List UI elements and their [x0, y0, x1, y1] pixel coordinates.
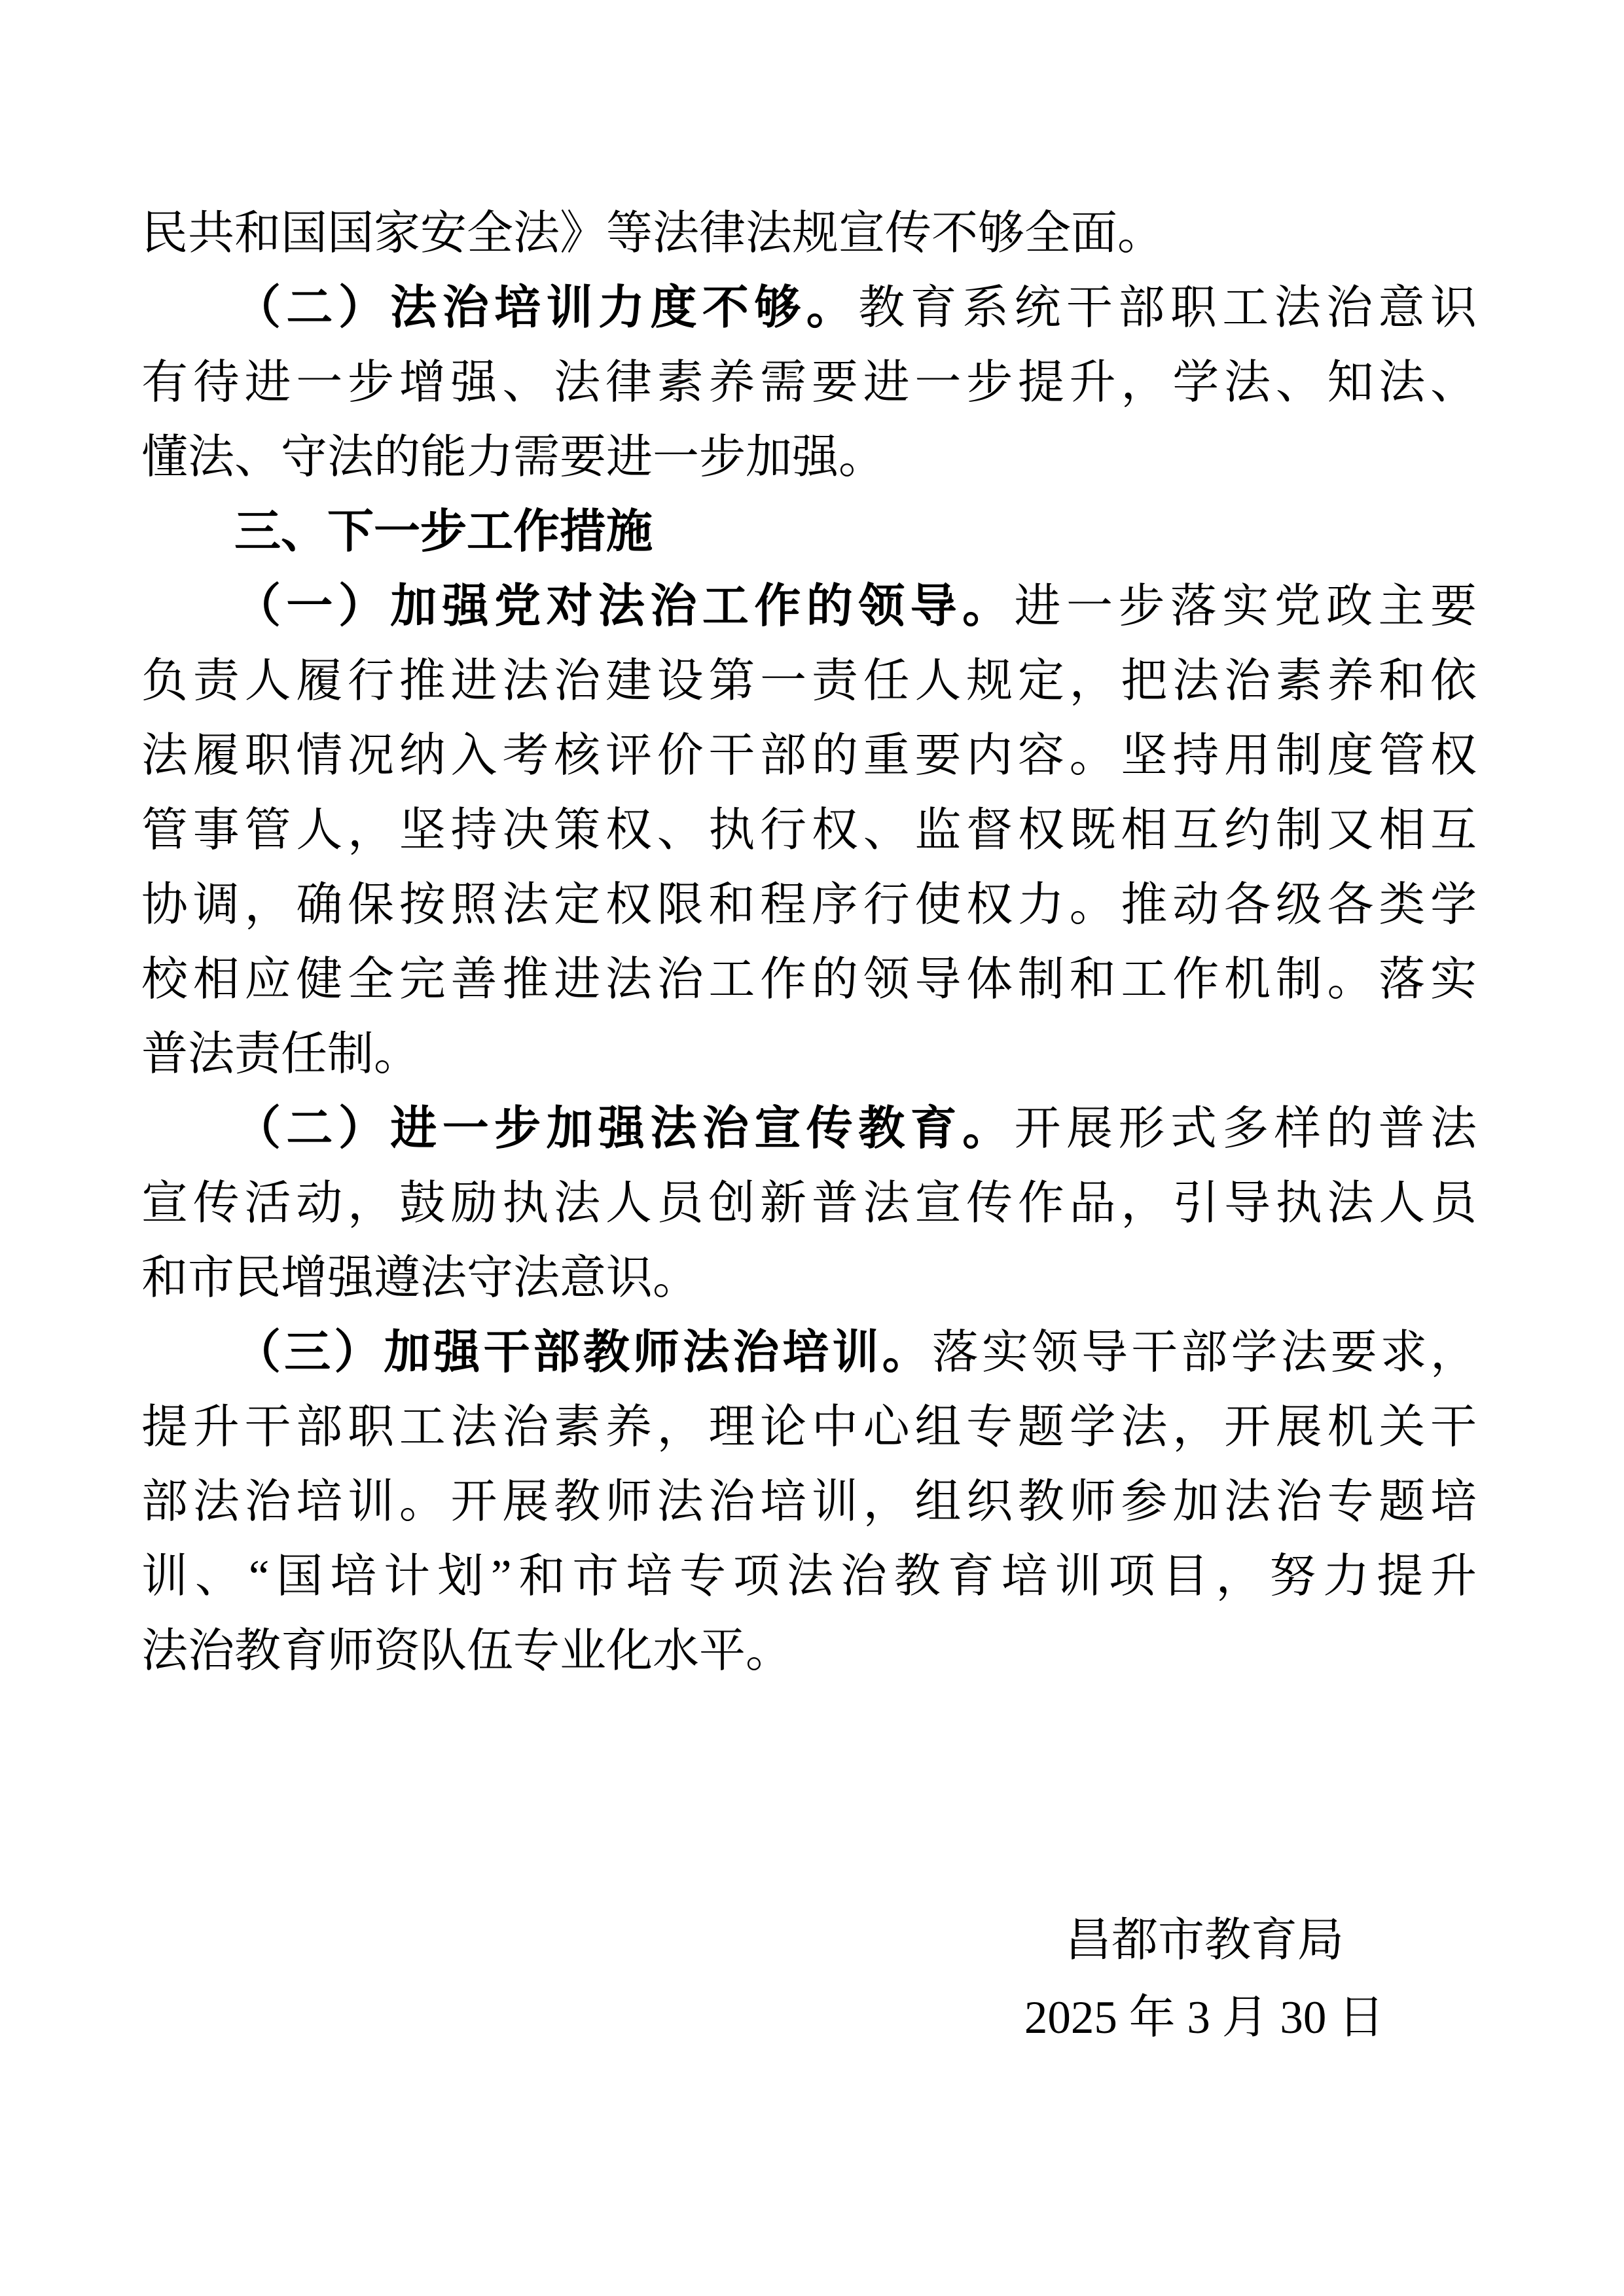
text-run: 宣传活动，鼓励执法人员创新普法宣传作品，引导执法人员	[141, 1178, 1477, 1229]
paragraph-lead: （三）加强干部教师法治培训。	[234, 1327, 932, 1378]
text-run: 负责人履行推进法治建设第一责任人规定，把法治素养和依	[141, 656, 1477, 707]
text-run: 有待进一步增强、法律素养需要进一步提升，学法、知法、	[141, 357, 1477, 408]
text-line: 管事管人，坚持决策权、执行权、监督权既相互约制又相互	[141, 793, 1477, 868]
text-line: 部法治培训。开展教师法治培训，组织教师参加法治专题培	[141, 1465, 1477, 1539]
text-line: 训、“国培计划”和市培专项法治教育培训项目，努力提升	[141, 1539, 1477, 1614]
text-line: （二）法治培训力度不够。教育系统干部职工法治意识	[141, 271, 1477, 346]
text-run: 普法责任制。	[141, 1029, 420, 1080]
text-run: 民共和国国家安全法》等法律法规宣传不够全面。	[141, 208, 1164, 259]
text-run: 教育系统干部职工法治意识	[858, 283, 1477, 334]
paragraph-lead: （二）进一步加强法治宣传教育。	[234, 1103, 1015, 1155]
text-run: 进一步落实党政主要	[1015, 581, 1477, 632]
paragraph-lead: （二）法治培训力度不够。	[234, 283, 858, 334]
text-run: 落实领导干部学法要求，	[932, 1327, 1477, 1378]
text-line: 有待进一步增强、法律素养需要进一步提升，学法、知法、	[141, 346, 1477, 420]
document-body: 民共和国国家安全法》等法律法规宣传不够全面。 （二）法治培训力度不够。教育系统干…	[141, 196, 1477, 1689]
text-line: 宣传活动，鼓励执法人员创新普法宣传作品，引导执法人员	[141, 1166, 1477, 1241]
signature-org: 昌都市教育局	[949, 1902, 1460, 1979]
text-line: （一）加强党对法治工作的领导。进一步落实党政主要	[141, 569, 1477, 644]
text-line: 普法责任制。	[141, 1017, 1477, 1092]
text-line: 懂法、守法的能力需要进一步加强。	[141, 420, 1477, 495]
text-run: 协调，确保按照法定权限和程序行使权力。推动各级各类学	[141, 880, 1477, 931]
text-line: 协调，确保按照法定权限和程序行使权力。推动各级各类学	[141, 868, 1477, 942]
signature-block: 昌都市教育局 2025 年 3 月 30 日	[949, 1902, 1460, 2056]
text-run: 懂法、守法的能力需要进一步加强。	[141, 432, 885, 483]
text-line: 法履职情况纳入考核评价干部的重要内容。坚持用制度管权	[141, 719, 1477, 793]
text-run: 校相应健全完善推进法治工作的领导体制和工作机制。落实	[141, 954, 1477, 1005]
signature-date: 2025 年 3 月 30 日	[949, 1979, 1460, 2056]
text-line: 校相应健全完善推进法治工作的领导体制和工作机制。落实	[141, 942, 1477, 1017]
text-line: 提升干部职工法治素养，理论中心组专题学法，开展机关干	[141, 1390, 1477, 1465]
text-run: 法履职情况纳入考核评价干部的重要内容。坚持用制度管权	[141, 730, 1477, 781]
text-line: 民共和国国家安全法》等法律法规宣传不够全面。	[141, 196, 1477, 271]
heading-text: 三、下一步工作措施	[234, 506, 653, 558]
text-run: 部法治培训。开展教师法治培训，组织教师参加法治专题培	[141, 1477, 1477, 1528]
text-line: （三）加强干部教师法治培训。落实领导干部学法要求，	[141, 1316, 1477, 1390]
text-line: 法治教育师资队伍专业化水平。	[141, 1614, 1477, 1689]
text-run: 管事管人，坚持决策权、执行权、监督权既相互约制又相互	[141, 805, 1477, 856]
section-heading: 三、下一步工作措施	[141, 495, 1477, 569]
text-run: 提升干部职工法治素养，理论中心组专题学法，开展机关干	[141, 1402, 1477, 1453]
text-run: 法治教育师资队伍专业化水平。	[141, 1626, 792, 1677]
text-run: 训、“国培计划”和市培专项法治教育培训项目，努力提升	[141, 1551, 1477, 1602]
text-run: 和市民增强遵法守法意识。	[141, 1253, 699, 1304]
document-page: 民共和国国家安全法》等法律法规宣传不够全面。 （二）法治培训力度不够。教育系统干…	[0, 0, 1624, 2296]
text-line: （二）进一步加强法治宣传教育。开展形式多样的普法	[141, 1092, 1477, 1166]
text-line: 负责人履行推进法治建设第一责任人规定，把法治素养和依	[141, 644, 1477, 719]
text-run: 开展形式多样的普法	[1015, 1103, 1477, 1155]
paragraph-lead: （一）加强党对法治工作的领导。	[234, 581, 1015, 632]
text-line: 和市民增强遵法守法意识。	[141, 1241, 1477, 1316]
